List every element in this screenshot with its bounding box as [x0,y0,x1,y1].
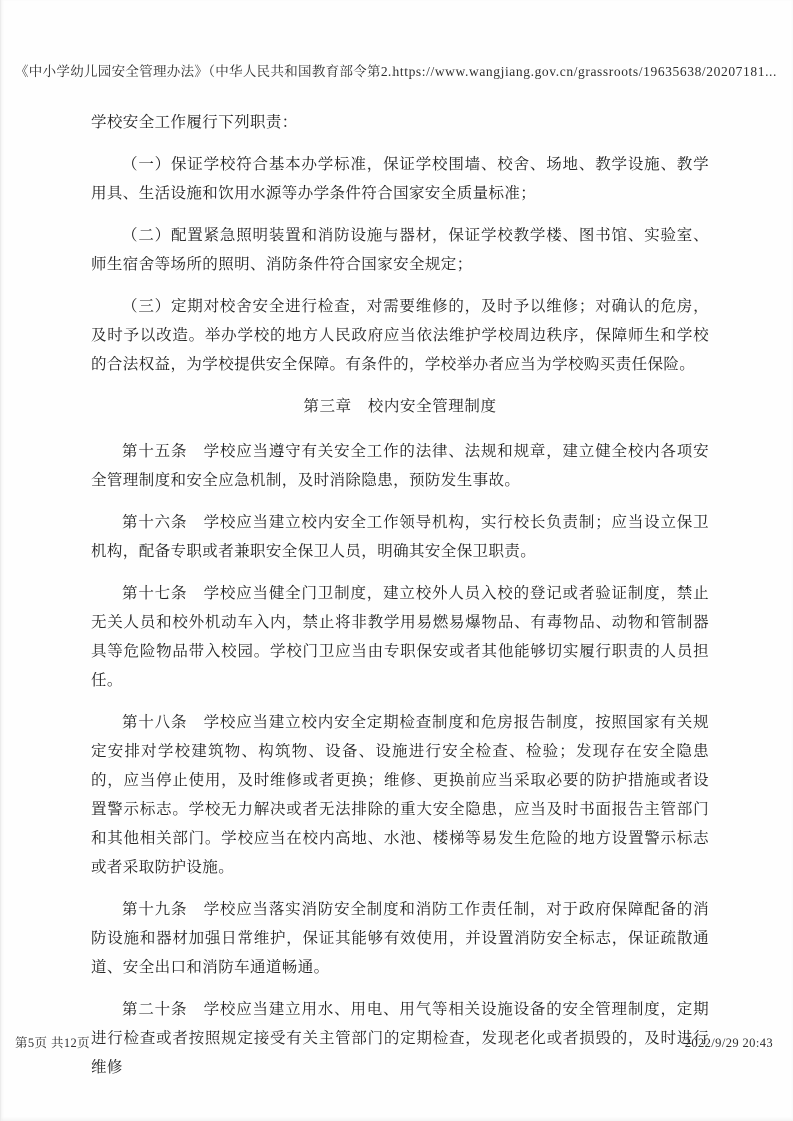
article-17: 第十七条 学校应当健全门卫制度，建立校外人员入校的登记或者验证制度，禁止无关人员… [91,579,709,695]
footer-page-number: 第5页 共12页 [15,1033,90,1051]
article-19: 第十九条 学校应当落实消防安全制度和消防工作责任制，对于政府保障配备的消防设施和… [91,895,709,982]
footer-datetime: 2022/9/29 20:43 [685,1036,773,1051]
list-item-1: （一）保证学校符合基本办学标准，保证学校围墙、校舍、场地、教学设施、教学用具、生… [91,150,709,208]
print-footer: 第5页 共12页 2022/9/29 20:43 [15,1033,773,1051]
article-18: 第十八条 学校应当建立校内安全定期检查制度和危房报告制度，按照国家有关规定安排对… [91,708,709,882]
list-item-2: （二）配置紧急照明装置和消防设施与器材，保证学校教学楼、图书馆、实验室、师生宿舍… [91,221,709,279]
document-body: 学校安全工作履行下列职责： （一）保证学校符合基本办学标准，保证学校围墙、校舍、… [91,108,709,1095]
printed-document-page: 《中小学幼儿园安全管理办法》（中华人民共和国教育部令第2... https://… [0,0,793,1121]
article-15: 第十五条 学校应当遵守有关安全工作的法律、法规和规章，建立健全校内各项安全管理制… [91,437,709,495]
print-header: 《中小学幼儿园安全管理办法》（中华人民共和国教育部令第2... https://… [15,60,777,80]
document-url: https://www.wangjiang.gov.cn/grassroots/… [393,64,777,80]
document-title: 《中小学幼儿园安全管理办法》（中华人民共和国教育部令第2... [15,60,393,80]
list-item-3: （三）定期对校舍安全进行检查，对需要维修的，及时予以维修；对确认的危房，及时予以… [91,292,709,379]
chapter-heading: 第三章 校内安全管理制度 [91,392,709,421]
article-16: 第十六条 学校应当建立校内安全工作领导机构，实行校长负责制；应当设立保卫机构，配… [91,508,709,566]
intro-line: 学校安全工作履行下列职责： [91,108,709,137]
